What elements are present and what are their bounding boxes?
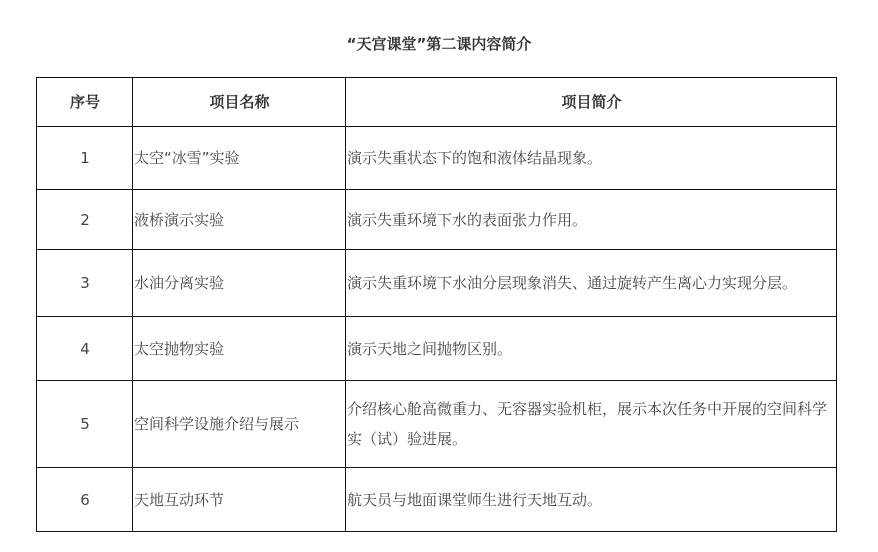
cell-serial-number: 2 bbox=[37, 190, 133, 250]
cell-item-name: 液桥演示实验 bbox=[133, 190, 346, 250]
cell-item-description: 演示失重状态下的饱和液体结晶现象。 bbox=[346, 127, 837, 190]
cell-serial-number: 1 bbox=[37, 127, 133, 190]
cell-item-description: 航天员与地面课堂师生进行天地互动。 bbox=[346, 468, 837, 532]
header-item-description: 项目简介 bbox=[346, 78, 837, 127]
header-serial-number: 序号 bbox=[37, 78, 133, 127]
cell-item-name: 太空抛物实验 bbox=[133, 317, 346, 381]
cell-item-description: 演示天地之间抛物区别。 bbox=[346, 317, 837, 381]
table-header-row: 序号 项目名称 项目简介 bbox=[37, 78, 837, 127]
cell-item-name: 太空“冰雪”实验 bbox=[133, 127, 346, 190]
table-row: 6 天地互动环节 航天员与地面课堂师生进行天地互动。 bbox=[37, 468, 837, 532]
table-row: 2 液桥演示实验 演示失重环境下水的表面张力作用。 bbox=[37, 190, 837, 250]
content-intro-table: 序号 项目名称 项目简介 1 太空“冰雪”实验 演示失重状态下的饱和液体结晶现象… bbox=[36, 77, 837, 532]
cell-item-description: 演示失重环境下水油分层现象消失、通过旋转产生离心力实现分层。 bbox=[346, 250, 837, 317]
cell-item-description: 演示失重环境下水的表面张力作用。 bbox=[346, 190, 837, 250]
table-row: 3 水油分离实验 演示失重环境下水油分层现象消失、通过旋转产生离心力实现分层。 bbox=[37, 250, 837, 317]
cell-serial-number: 6 bbox=[37, 468, 133, 532]
table-row: 1 太空“冰雪”实验 演示失重状态下的饱和液体结晶现象。 bbox=[37, 127, 837, 190]
cell-serial-number: 3 bbox=[37, 250, 133, 317]
header-item-name: 项目名称 bbox=[133, 78, 346, 127]
cell-item-name: 水油分离实验 bbox=[133, 250, 346, 317]
table-row: 5 空间科学设施介绍与展示 介绍核心舱高微重力、无容器实验机柜，展示本次任务中开… bbox=[37, 381, 837, 468]
table-row: 4 太空抛物实验 演示天地之间抛物区别。 bbox=[37, 317, 837, 381]
document-title: “天宫课堂”第二课内容简介 bbox=[0, 34, 878, 54]
cell-item-description: 介绍核心舱高微重力、无容器实验机柜，展示本次任务中开展的空间科学实（试）验进展。 bbox=[346, 381, 837, 468]
cell-item-name: 空间科学设施介绍与展示 bbox=[133, 381, 346, 468]
cell-serial-number: 4 bbox=[37, 317, 133, 381]
cell-item-name: 天地互动环节 bbox=[133, 468, 346, 532]
cell-serial-number: 5 bbox=[37, 381, 133, 468]
